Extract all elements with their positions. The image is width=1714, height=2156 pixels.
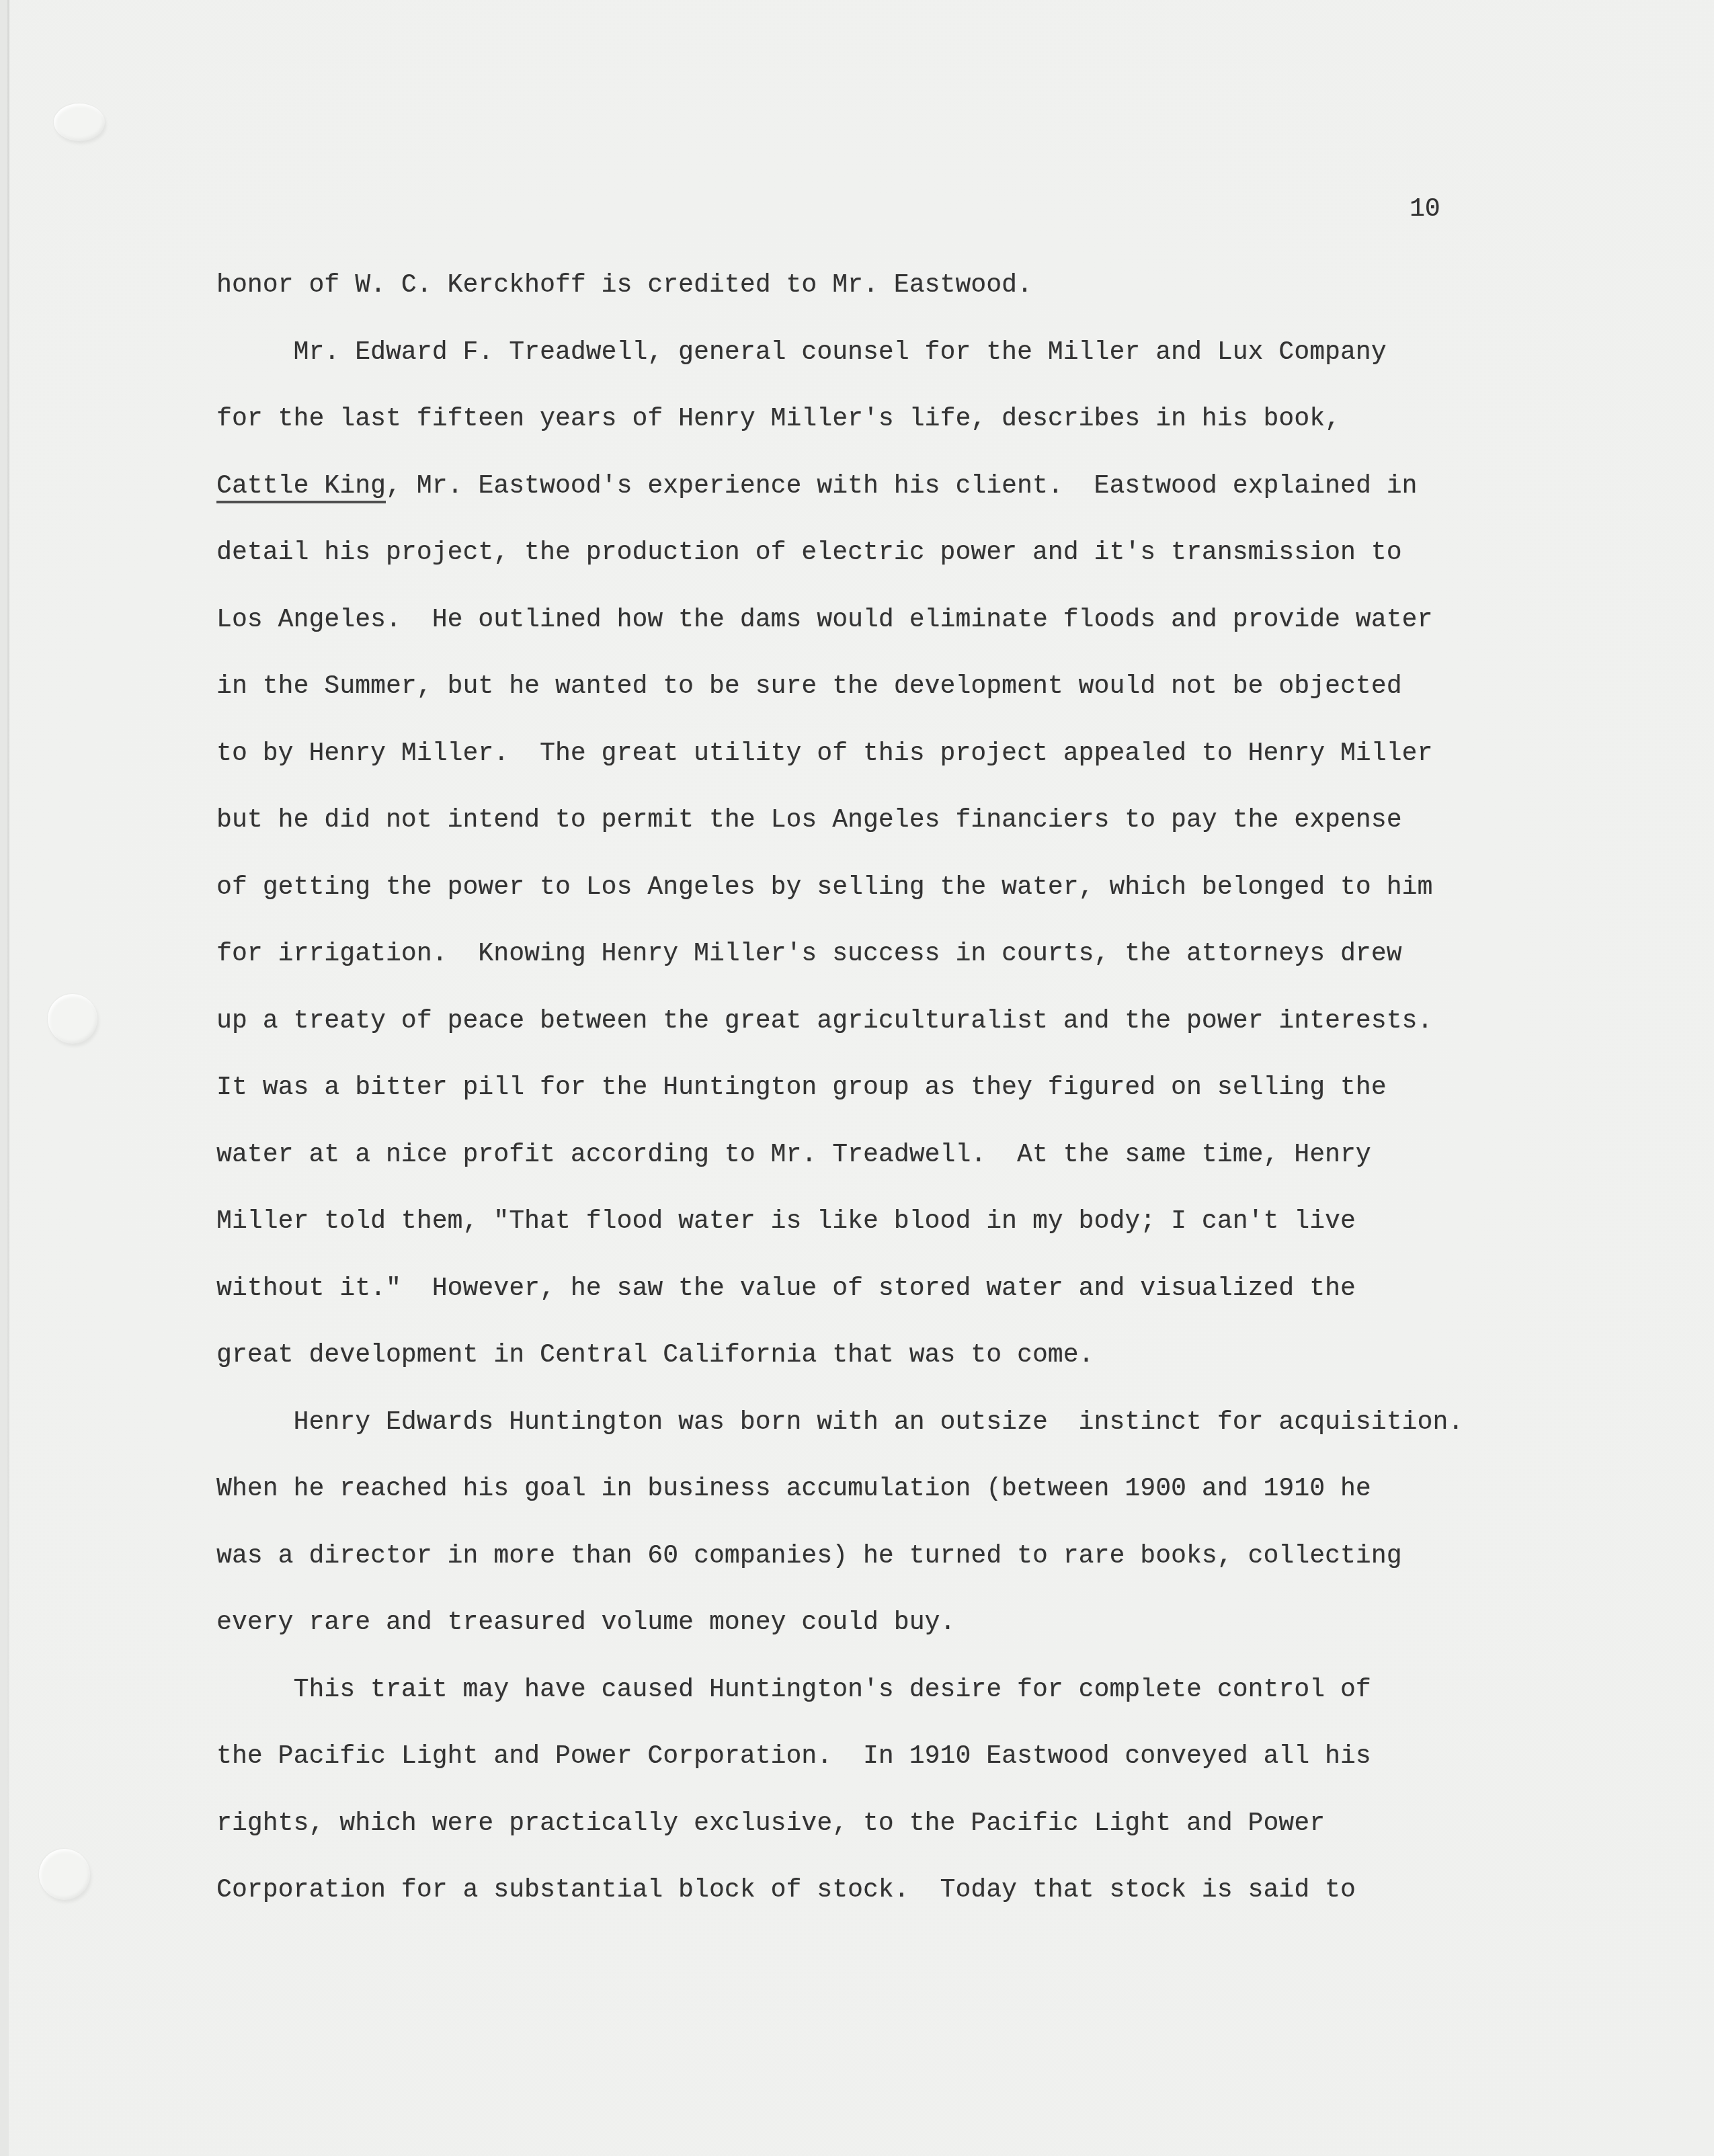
text-segment: When he reached his goal in business acc… (216, 1475, 1371, 1503)
text-segment: every rare and treasured volume money co… (216, 1608, 955, 1637)
text-line: every rare and treasured volume money co… (216, 1589, 1463, 1657)
hole-punch-mark (48, 994, 97, 1044)
text-segment: detail his project, the production of el… (216, 538, 1402, 567)
text-line: Miller told them, "That flood water is l… (216, 1188, 1463, 1255)
text-line: of getting the power to Los Angeles by s… (216, 854, 1463, 921)
text-line: Corporation for a substantial block of s… (216, 1857, 1463, 1924)
text-segment: Henry Edwards Huntington was born with a… (216, 1408, 1463, 1437)
text-line: It was a bitter pill for the Huntington … (216, 1054, 1463, 1122)
text-segment: of getting the power to Los Angeles by s… (216, 873, 1432, 902)
text-segment: for irrigation. Knowing Henry Miller's s… (216, 940, 1402, 968)
text-segment: Corporation for a substantial block of s… (216, 1876, 1356, 1905)
text-line: the Pacific Light and Power Corporation.… (216, 1723, 1463, 1790)
text-segment: Miller told them, "That flood water is l… (216, 1207, 1356, 1236)
text-segment: , Mr. Eastwood's experience with his cli… (386, 472, 1418, 501)
text-segment: Los Angeles. He outlined how the dams wo… (216, 606, 1432, 634)
text-segment: rights, which were practically exclusive… (216, 1809, 1325, 1838)
text-segment: in the Summer, but he wanted to be sure … (216, 672, 1402, 701)
text-line: honor of W. C. Kerckhoff is credited to … (216, 252, 1463, 319)
text-line: Henry Edwards Huntington was born with a… (216, 1389, 1463, 1456)
text-line: was a director in more than 60 companies… (216, 1523, 1463, 1590)
text-line: to by Henry Miller. The great utility of… (216, 720, 1463, 788)
manuscript-page: 10 honor of W. C. Kerckhoff is credited … (0, 0, 1714, 2156)
text-segment: without it." However, he saw the value o… (216, 1274, 1356, 1303)
hole-punch-mark (54, 103, 105, 141)
text-line: but he did not intend to permit the Los … (216, 787, 1463, 854)
text-line: Mr. Edward F. Treadwell, general counsel… (216, 319, 1463, 386)
text-segment: to by Henry Miller. The great utility of… (216, 739, 1432, 768)
text-line: water at a nice profit according to Mr. … (216, 1122, 1463, 1189)
text-segment: This trait may have caused Huntington's … (216, 1675, 1371, 1704)
text-line: in the Summer, but he wanted to be sure … (216, 653, 1463, 720)
text-segment: for the last fifteen years of Henry Mill… (216, 405, 1340, 433)
text-line: When he reached his goal in business acc… (216, 1456, 1463, 1523)
text-segment: but he did not intend to permit the Los … (216, 806, 1402, 835)
text-line: up a treaty of peace between the great a… (216, 988, 1463, 1055)
text-segment: was a director in more than 60 companies… (216, 1542, 1402, 1571)
text-segment: honor of W. C. Kerckhoff is credited to … (216, 271, 1032, 300)
text-line: for irrigation. Knowing Henry Miller's s… (216, 921, 1463, 988)
text-line: Cattle King, Mr. Eastwood's experience w… (216, 453, 1463, 520)
text-line: without it." However, he saw the value o… (216, 1255, 1463, 1323)
text-line: great development in Central California … (216, 1322, 1463, 1389)
text-segment: up a treaty of peace between the great a… (216, 1007, 1432, 1036)
underlined-text: Cattle King (216, 472, 386, 503)
text-segment: great development in Central California … (216, 1341, 1094, 1370)
text-line: Los Angeles. He outlined how the dams wo… (216, 587, 1463, 654)
text-segment: water at a nice profit according to Mr. … (216, 1141, 1371, 1169)
text-block: honor of W. C. Kerckhoff is credited to … (216, 252, 1463, 1924)
text-line: detail his project, the production of el… (216, 520, 1463, 587)
text-segment: It was a bitter pill for the Huntington … (216, 1073, 1387, 1102)
page-number: 10 (1410, 176, 1440, 243)
text-line: rights, which were practically exclusive… (216, 1790, 1463, 1858)
hole-punch-mark (39, 1849, 90, 1900)
text-segment: the Pacific Light and Power Corporation.… (216, 1742, 1371, 1771)
text-segment: Mr. Edward F. Treadwell, general counsel… (216, 338, 1387, 367)
text-line: This trait may have caused Huntington's … (216, 1657, 1463, 1724)
scan-edge-line (7, 0, 9, 2156)
text-line: for the last fifteen years of Henry Mill… (216, 386, 1463, 453)
